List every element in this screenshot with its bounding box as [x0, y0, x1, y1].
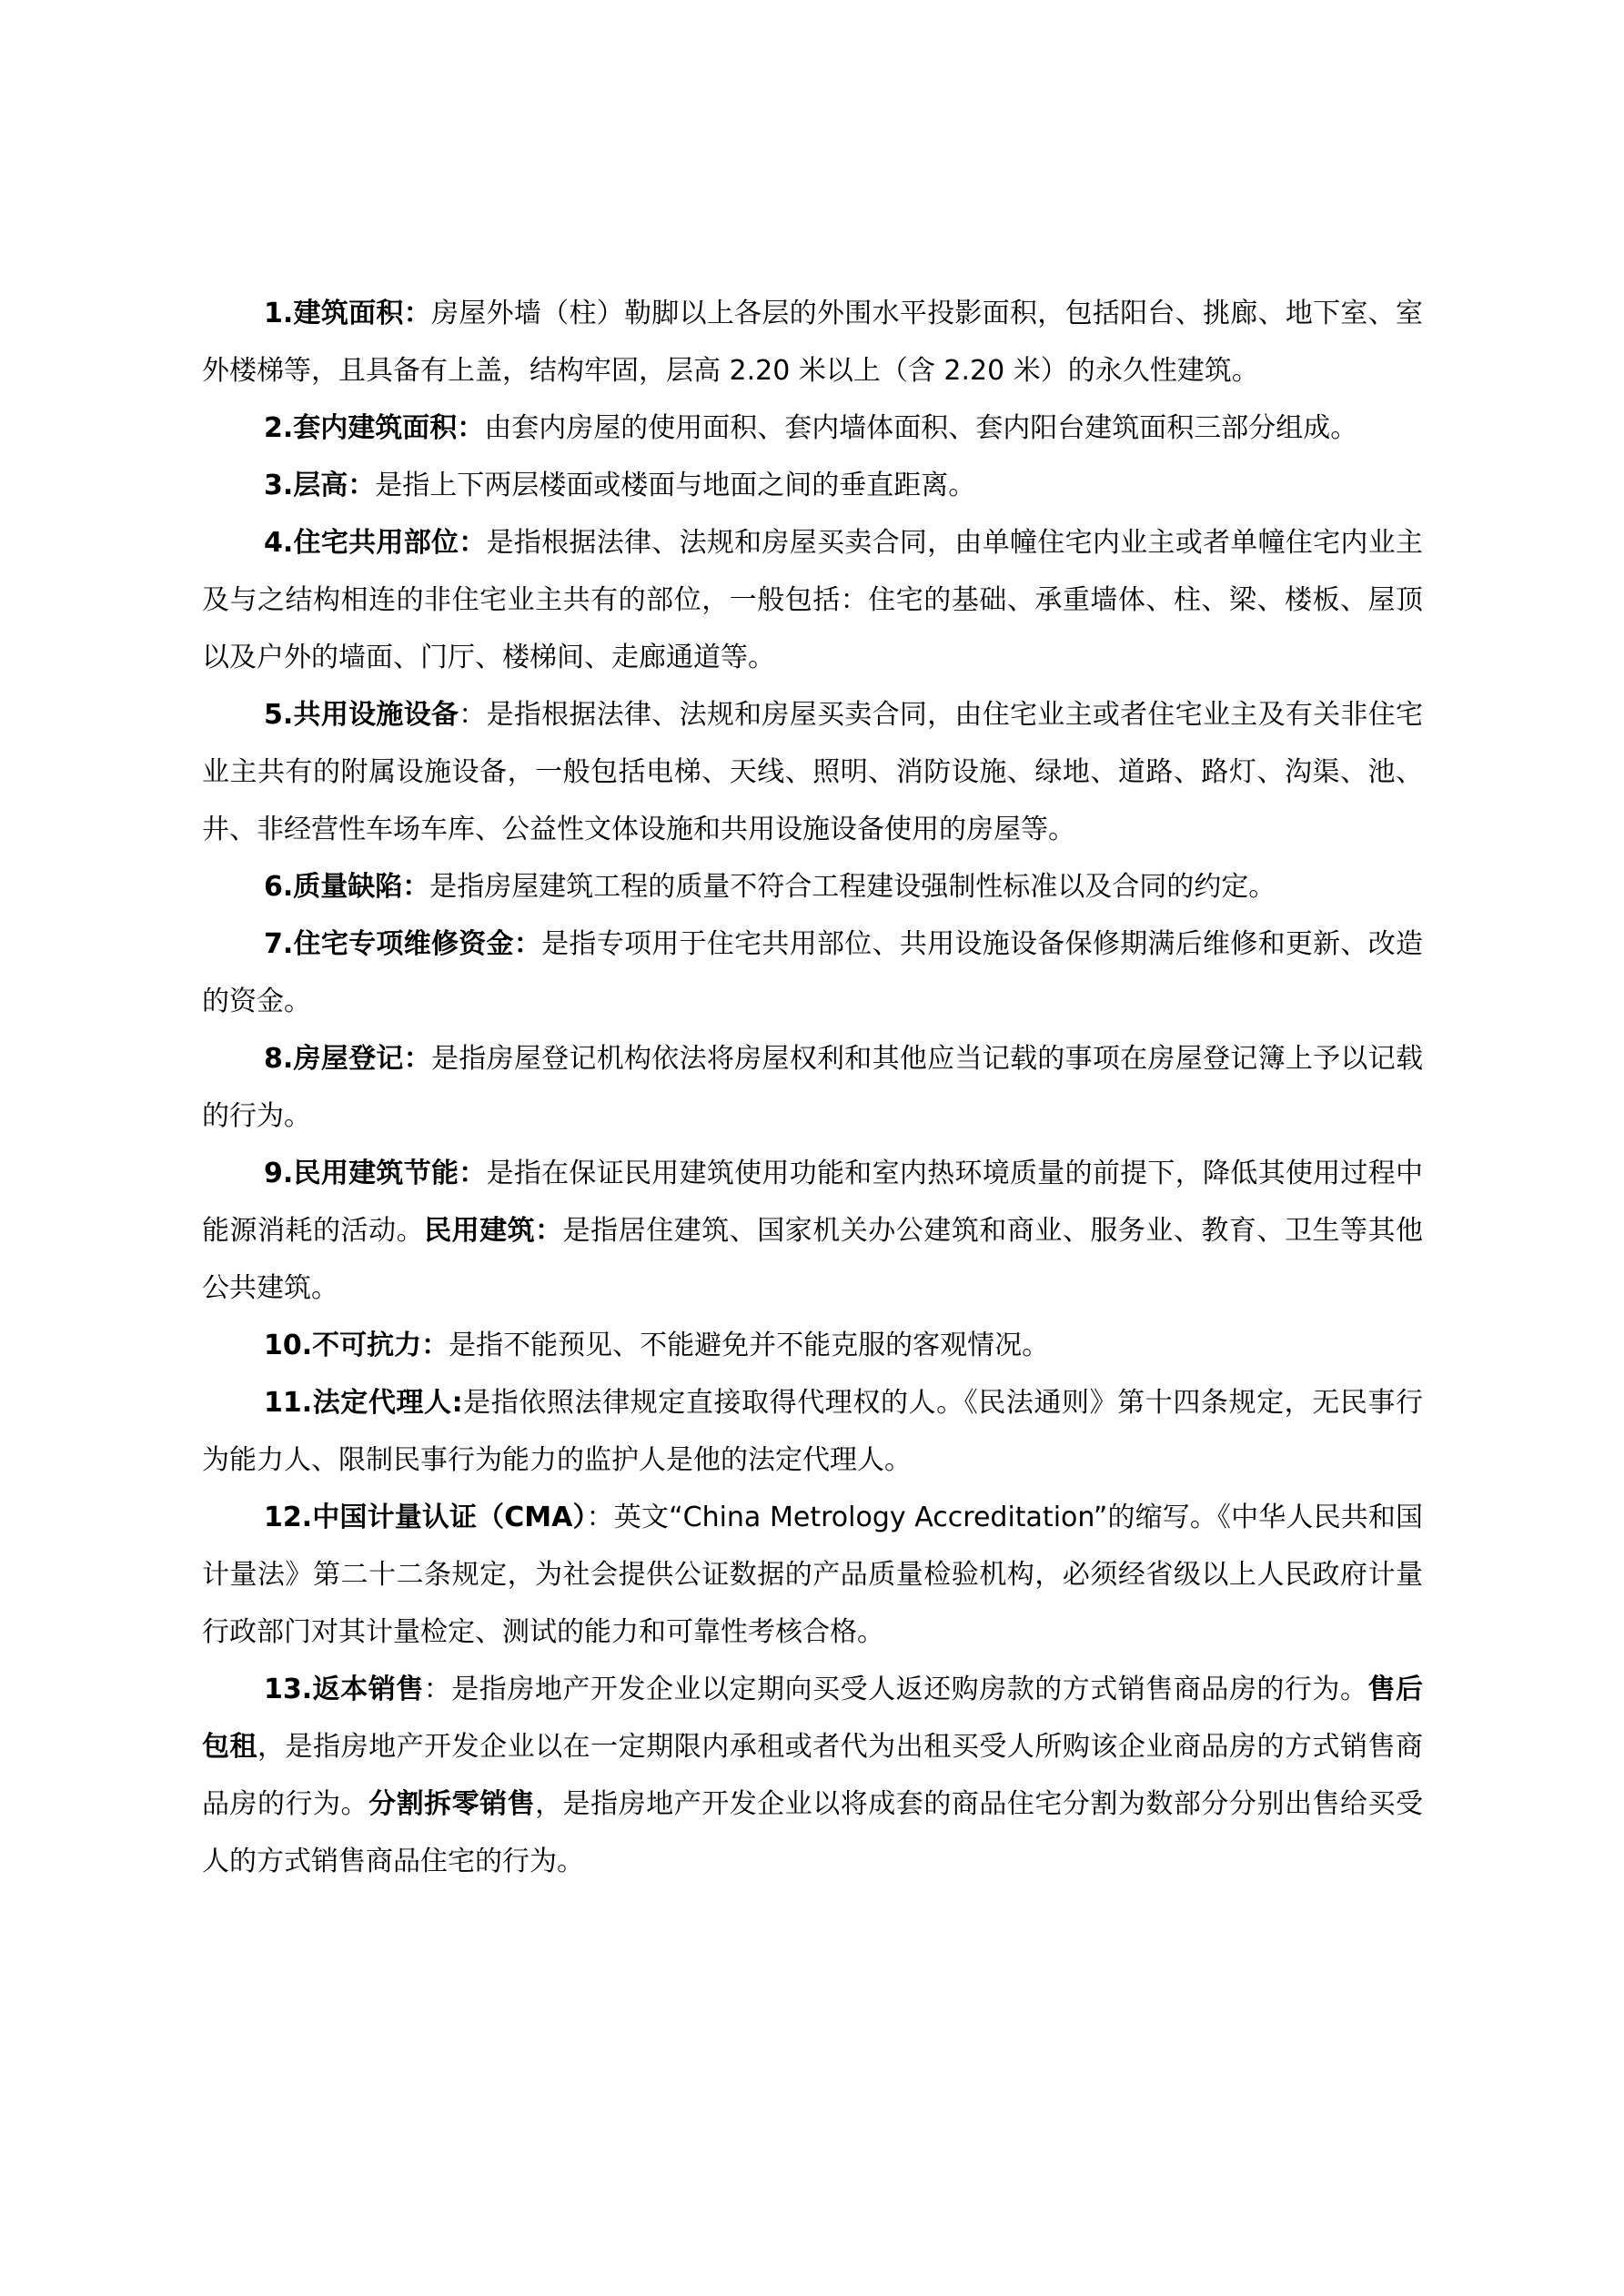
- term-label: 12.中国计量认证（CMA）: [264, 1502, 587, 1533]
- term-definition: ：是指房地产开发企业以定期向买受人返还购房款的方式销售商品房的行为。: [424, 1674, 1368, 1705]
- term-definition: 由套内房屋的使用面积、套内墙体面积、套内阳台建筑面积三部分组成。: [484, 412, 1357, 444]
- term-label: 3.层高：: [264, 470, 375, 501]
- definition-unit-building-area: 2.套内建筑面积：由套内房屋的使用面积、套内墙体面积、套内阳台建筑面积三部分组成…: [202, 400, 1423, 457]
- definition-floor-height: 3.层高：是指上下两层楼面或楼面与地面之间的垂直距离。: [202, 457, 1423, 514]
- term-definition: 是指房屋建筑工程的质量不符合工程建设强制性标准以及合同的约定。: [429, 871, 1276, 903]
- document-page: 1.建筑面积：房屋外墙（柱）勒脚以上各层的外围水平投影面积，包括阳台、挑廊、地下…: [202, 285, 1423, 1890]
- term-label: 6.质量缺陷：: [264, 871, 429, 903]
- definition-legal-agent: 11.法定代理人:是指依照法律规定直接取得代理权的人。《民法通则》第十四条规定，…: [202, 1374, 1423, 1489]
- term-label: 4.住宅共用部位：: [264, 527, 487, 559]
- definition-energy-saving: 9.民用建筑节能：是指在保证民用建筑使用功能和室内热环境质量的前提下，降低其使用…: [202, 1145, 1423, 1317]
- definition-force-majeure: 10.不可抗力：是指不能预见、不能避免并不能克服的客观情况。: [202, 1317, 1423, 1374]
- definition-quality-defect: 6.质量缺陷：是指房屋建筑工程的质量不符合工程建设强制性标准以及合同的约定。: [202, 858, 1423, 915]
- term-label: 2.套内建筑面积：: [264, 412, 484, 444]
- term-label: 1.建筑面积：: [264, 298, 431, 329]
- term-label: 民用建筑：: [424, 1215, 563, 1247]
- term-definition: 是指不能预见、不能避免并不能克服的客观情况。: [449, 1330, 1049, 1361]
- definition-cma: 12.中国计量认证（CMA）：英文“China Metrology Accred…: [202, 1489, 1423, 1661]
- definition-property-registration: 8.房屋登记：是指房屋登记机构依法将房屋权利和其他应当记载的事项在房屋登记簿上予…: [202, 1030, 1423, 1145]
- term-label: 13.返本销售: [264, 1674, 424, 1705]
- term-label: 8.房屋登记：: [264, 1043, 431, 1075]
- term-label: 分割拆零销售: [368, 1788, 535, 1820]
- term-definition: 是指上下两层楼面或楼面与地面之间的垂直距离。: [375, 470, 975, 501]
- definition-shared-parts: 4.住宅共用部位：是指根据法律、法规和房屋买卖合同，由单幢住宅内业主或者单幢住宅…: [202, 514, 1423, 686]
- definition-sales-practices: 13.返本销售：是指房地产开发企业以定期向买受人返还购房款的方式销售商品房的行为…: [202, 1661, 1423, 1890]
- term-label: 9.民用建筑节能：: [264, 1158, 487, 1189]
- definition-building-area: 1.建筑面积：房屋外墙（柱）勒脚以上各层的外围水平投影面积，包括阳台、挑廊、地下…: [202, 285, 1423, 400]
- term-label: 10.不可抗力：: [264, 1330, 449, 1361]
- term-label: 5.共用设施设备: [264, 699, 459, 731]
- definition-maintenance-fund: 7.住宅专项维修资金：是指专项用于住宅共用部位、共用设施设备保修期满后维修和更新…: [202, 915, 1423, 1030]
- term-label: 7.住宅专项维修资金：: [264, 928, 541, 960]
- term-label: 11.法定代理人:: [264, 1387, 463, 1419]
- definition-shared-facilities: 5.共用设施设备：是指根据法律、法规和房屋买卖合同，由住宅业主或者住宅业主及有关…: [202, 686, 1423, 858]
